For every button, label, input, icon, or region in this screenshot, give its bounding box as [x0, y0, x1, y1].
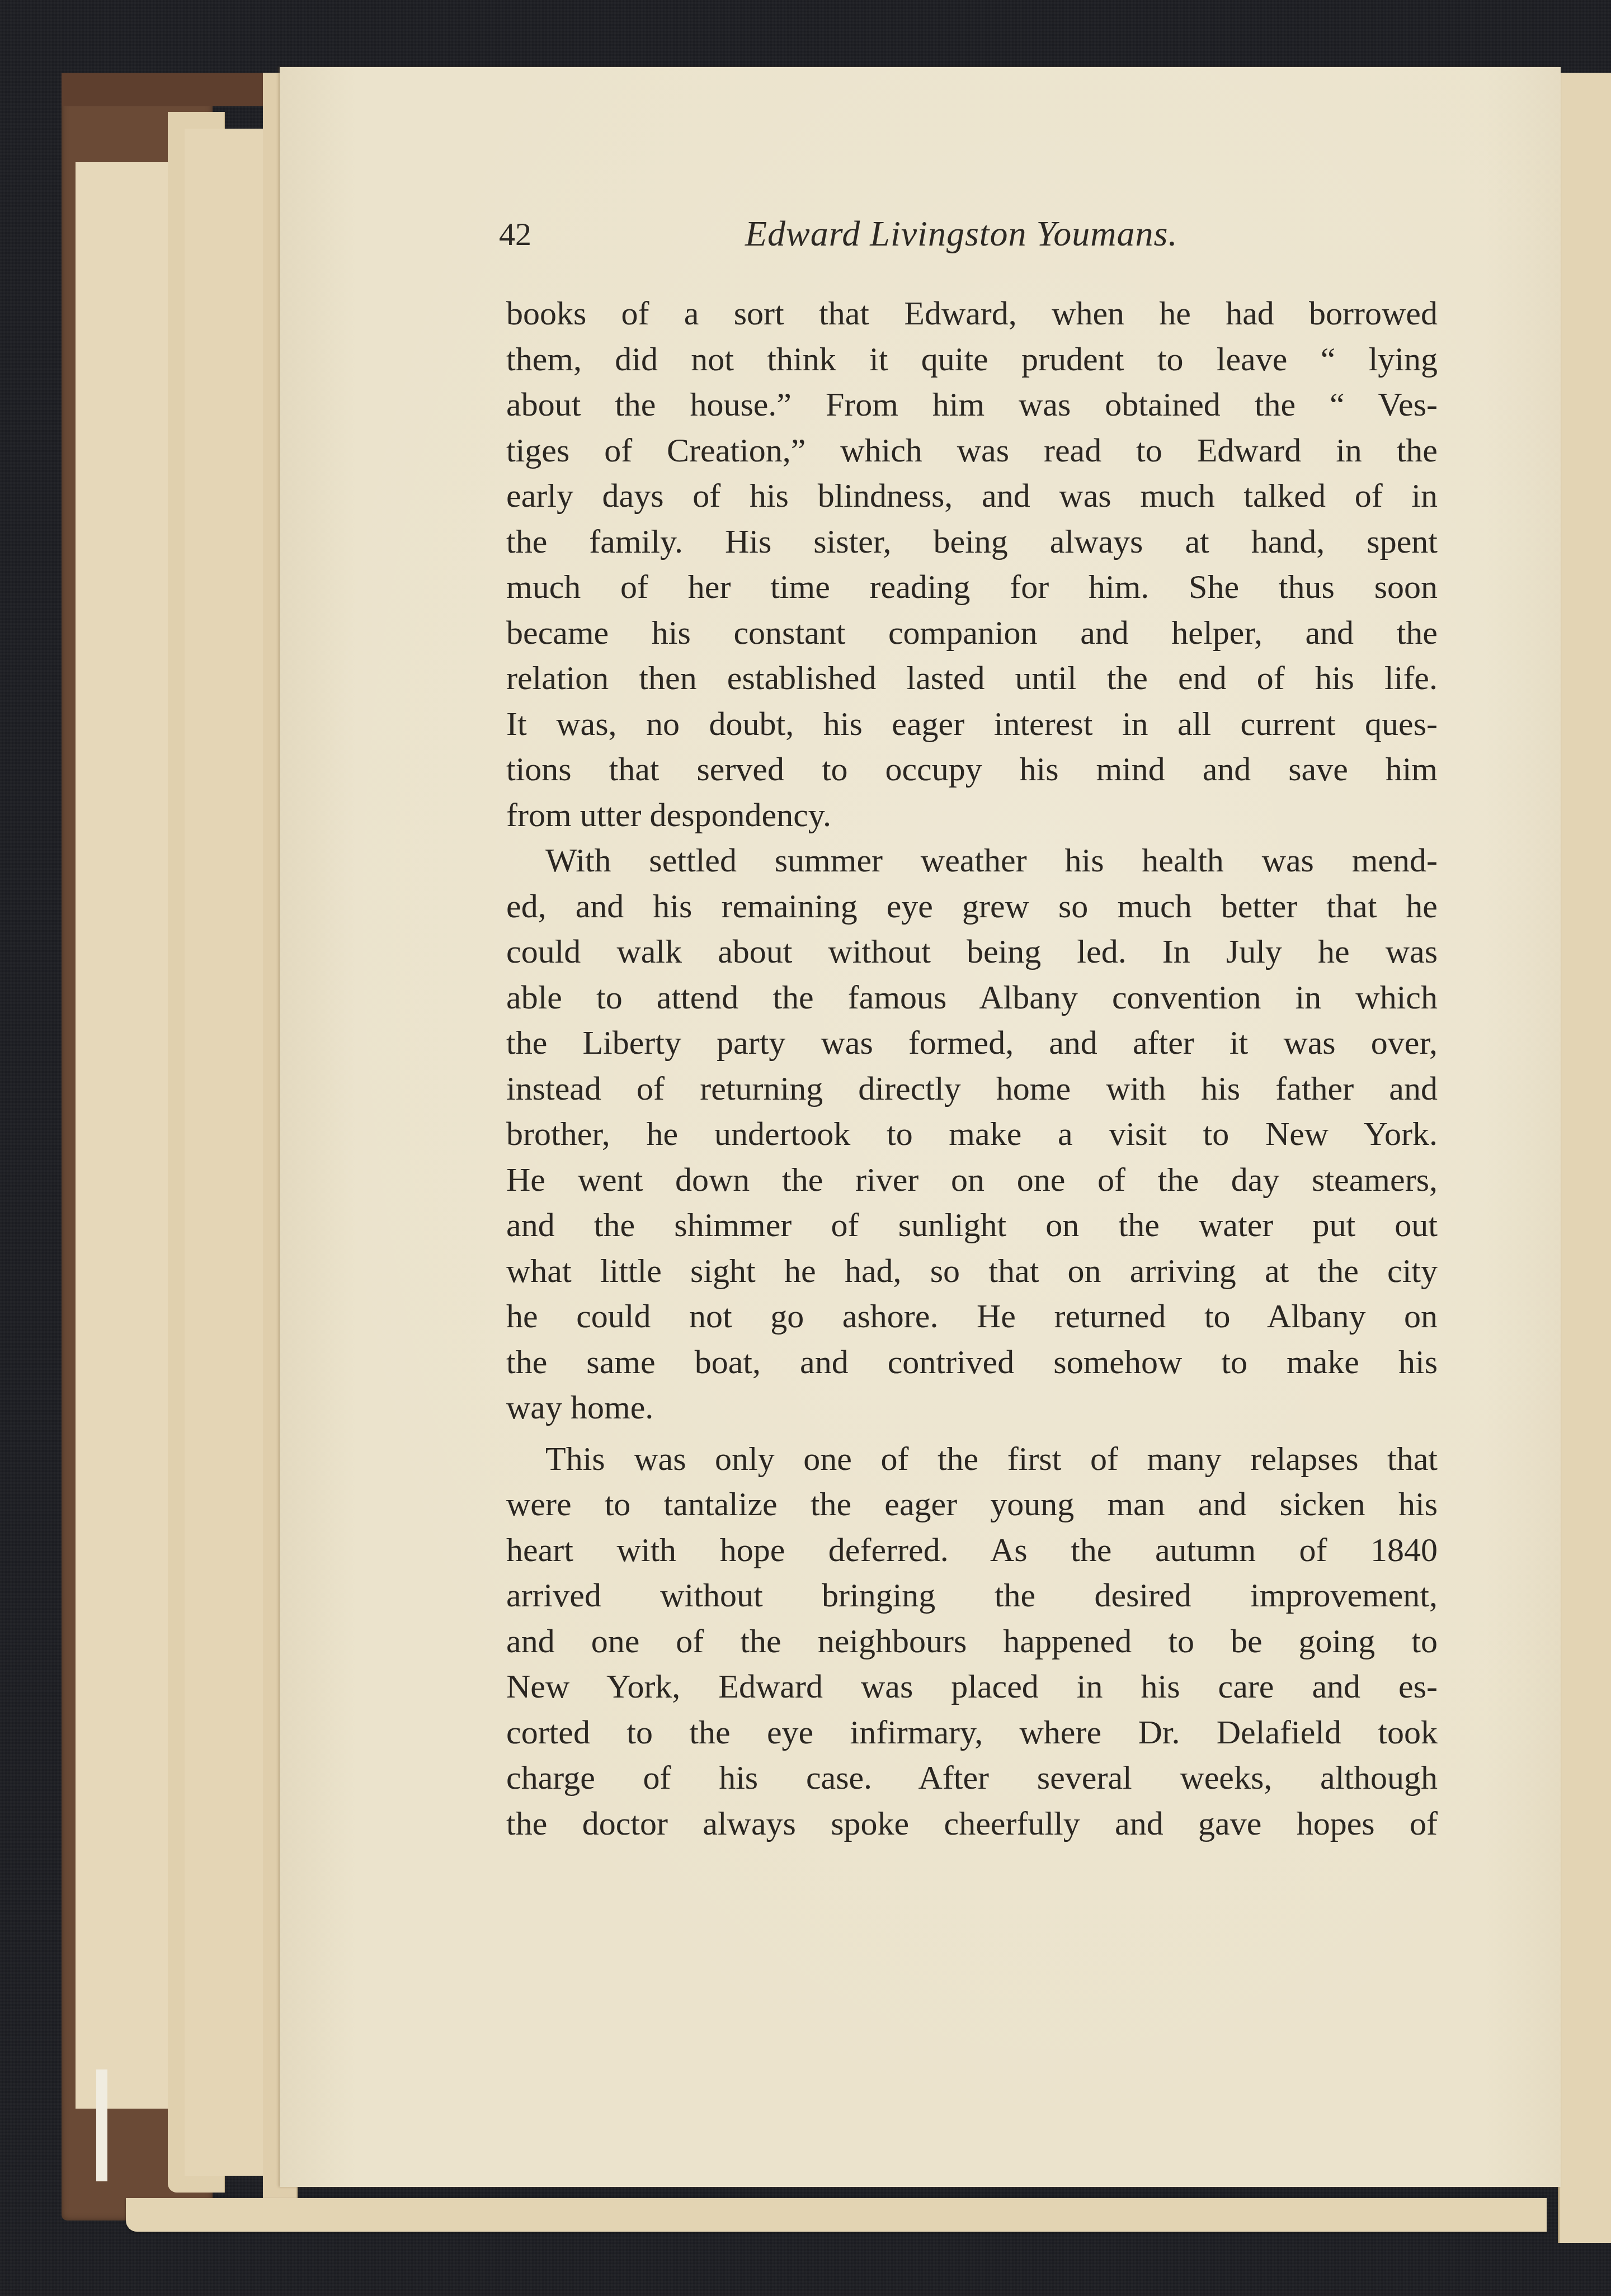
paragraph: With settled summer weather his health w…: [506, 838, 1438, 1431]
running-head: 42 Edward Livingston Youmans.: [499, 215, 1495, 260]
page-edge: [76, 162, 172, 2109]
text-line: tiges of Creation,” which was read to Ed…: [506, 428, 1438, 474]
text-line: became his constant companion and helper…: [506, 610, 1438, 656]
text-line: way home.: [506, 1385, 1438, 1431]
text-line: much of her time reading for him. She th…: [506, 564, 1438, 610]
book-cover-top-edge: [62, 73, 274, 106]
page-stack-bottom-edge: [126, 2198, 1547, 2232]
page-edge-white-leaf: [96, 2069, 107, 2181]
page-edge: [185, 129, 270, 2176]
page-number: 42: [499, 215, 531, 253]
text-line: the doctor always spoke cheerfully and g…: [506, 1801, 1438, 1847]
text-line: the same boat, and contrived somehow to …: [506, 1340, 1438, 1385]
text-line: brother, he undertook to make a visit to…: [506, 1111, 1438, 1157]
text-line: about the house.” From him was obtained …: [506, 382, 1438, 428]
text-line: early days of his blindness, and was muc…: [506, 473, 1438, 519]
text-line: from utter despondency.: [506, 793, 1438, 838]
text-line: It was, no doubt, his eager interest in …: [506, 701, 1438, 747]
text-line: could walk about without being led. In J…: [506, 929, 1438, 975]
text-line: what little sight he had, so that on arr…: [506, 1248, 1438, 1294]
text-line: charge of his case. After several weeks,…: [506, 1755, 1438, 1801]
text-line: were to tantalize the eager young man an…: [506, 1482, 1438, 1527]
text-line: New York, Edward was placed in his care …: [506, 1664, 1438, 1710]
facing-page-strip: [1558, 73, 1611, 2243]
text-line: instead of returning directly home with …: [506, 1066, 1438, 1112]
text-line: This was only one of the first of many r…: [506, 1436, 1438, 1482]
text-line: and one of the neighbours happened to be…: [506, 1619, 1438, 1665]
text-line: relation then established lasted until t…: [506, 656, 1438, 701]
text-line: heart with hope deferred. As the autumn …: [506, 1527, 1438, 1573]
text-line: ed, and his remaining eye grew so much b…: [506, 884, 1438, 930]
paragraph: books of a sort that Edward, when he had…: [506, 291, 1438, 838]
text-line: arrived without bringing the desired imp…: [506, 1573, 1438, 1619]
text-line: and the shimmer of sunlight on the water…: [506, 1203, 1438, 1248]
text-line: the family. His sister, being always at …: [506, 519, 1438, 565]
text-line: With settled summer weather his health w…: [506, 838, 1438, 884]
text-line: tions that served to occupy his mind and…: [506, 747, 1438, 793]
text-line: them, did not think it quite prudent to …: [506, 337, 1438, 383]
text-line: the Liberty party was formed, and after …: [506, 1020, 1438, 1066]
text-line: corted to the eye infirmary, where Dr. D…: [506, 1710, 1438, 1756]
body-text: books of a sort that Edward, when he had…: [506, 291, 1438, 1846]
text-line: He went down the river on one of the day…: [506, 1157, 1438, 1203]
paragraph: This was only one of the first of many r…: [506, 1436, 1438, 1847]
text-line: able to attend the famous Albany convent…: [506, 975, 1438, 1021]
text-line: he could not go ashore. He returned to A…: [506, 1294, 1438, 1340]
text-line: books of a sort that Edward, when he had…: [506, 291, 1438, 337]
running-head-title: Edward Livingston Youmans.: [745, 213, 1177, 254]
